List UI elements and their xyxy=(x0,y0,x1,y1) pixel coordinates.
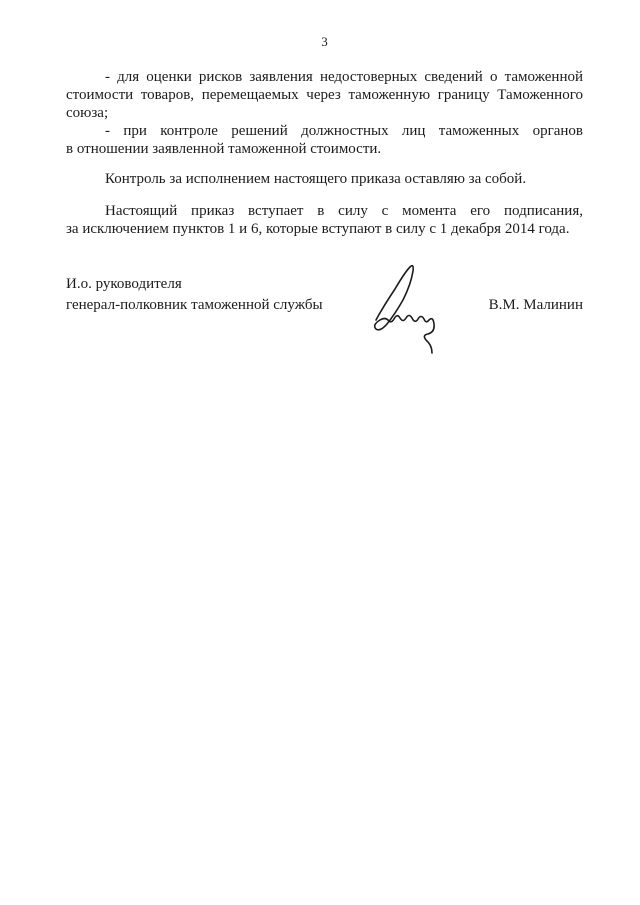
page-number: 3 xyxy=(66,34,583,50)
document-body: - для оценки рисков заявления недостовер… xyxy=(66,68,583,238)
control-paragraph: Контроль за исполнением настоящего прика… xyxy=(66,170,583,188)
handwritten-signature xyxy=(367,262,445,356)
body-line: за исключением пунктов 1 и 6, которые вс… xyxy=(66,220,583,238)
body-line: Контроль за исполнением настоящего прика… xyxy=(66,170,583,188)
list-item-customs-risk: - для оценки рисков заявления недостовер… xyxy=(66,68,583,122)
body-line: союза; xyxy=(66,104,583,122)
signer-position-line: И.о. руководителя xyxy=(66,274,583,295)
body-line: - при контроле решений должностных лиц т… xyxy=(66,122,583,140)
signer-name: В.М. Малинин xyxy=(489,295,583,316)
signature-block: И.о. руководителя генерал-полковник тамо… xyxy=(66,274,583,316)
body-line: в отношении заявленной таможенной стоимо… xyxy=(66,140,583,158)
body-line: стоимости товаров, перемещаемых через та… xyxy=(66,86,583,104)
body-line: - для оценки рисков заявления недостовер… xyxy=(66,68,583,86)
document-page: 3 - для оценки рисков заявления недостов… xyxy=(0,0,640,905)
body-line: Настоящий приказ вступает в силу с момен… xyxy=(66,202,583,220)
effective-date-paragraph: Настоящий приказ вступает в силу с момен… xyxy=(66,202,583,238)
list-item-officials-control: - при контроле решений должностных лиц т… xyxy=(66,122,583,158)
